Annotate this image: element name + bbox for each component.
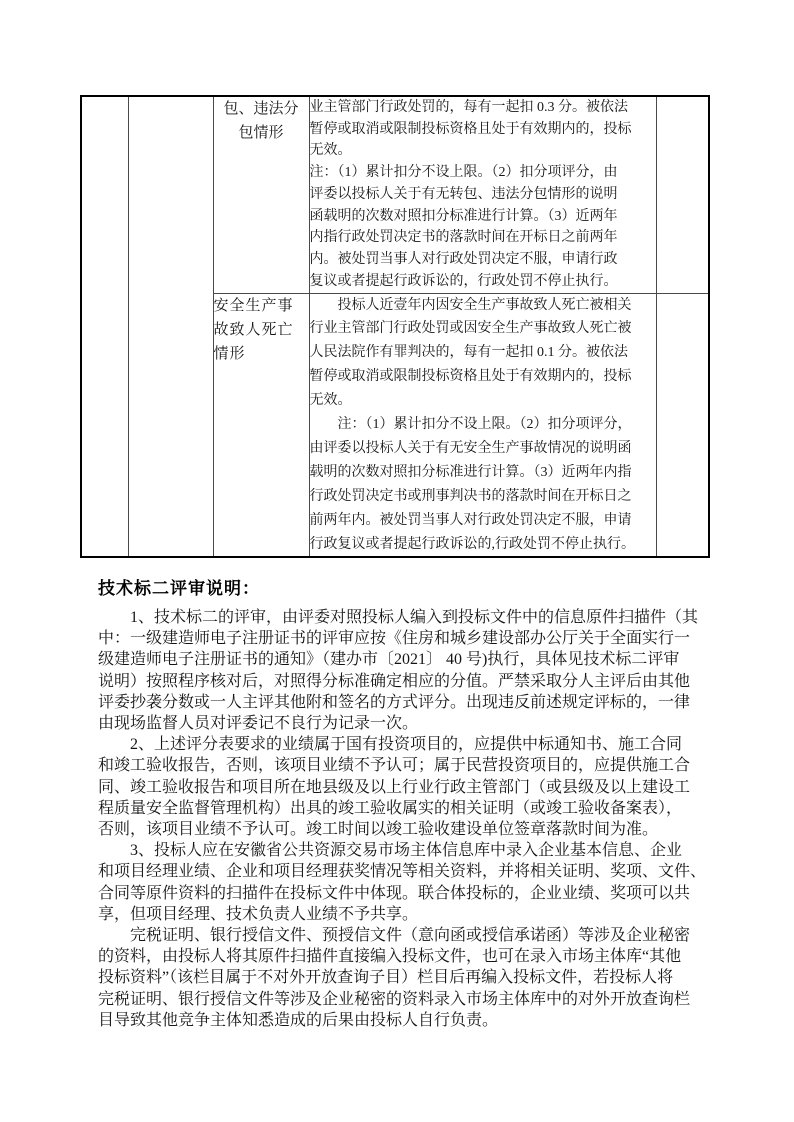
document-page: 包、违法分包情形 业主管部门行政处罚的，每有一起扣 0.3 分。被依法暂停或取消… bbox=[0, 0, 794, 1122]
criteria-label-lines: 包、违法分包情形 bbox=[214, 97, 309, 145]
text-line: 享，但项目经理、技术负责人业绩不予共享。 bbox=[98, 904, 704, 925]
score-cell bbox=[656, 293, 709, 557]
text-line: 暂停或取消或限制投标资格且处于有效期内的，投标 bbox=[310, 365, 656, 389]
serial-number-cell bbox=[81, 96, 128, 557]
text-line: 3、投标人应在安徽省公共资源交易市场主体信息库中录入企业基本信息、企业 bbox=[98, 840, 704, 861]
text-line: 由评委以投标人关于有无安全生产事故情况的说明函 bbox=[310, 437, 656, 461]
text-line: 目导致其他竞争主体知悉造成的后果由投标人自行负责。 bbox=[98, 1010, 704, 1031]
notes-section: 技术标二评审说明： 1、技术标二的评审，由评委对照投标人编入到投标文件中的信息原… bbox=[98, 577, 704, 1031]
text-line: 载明的次数对照扣分标准进行计算。（3）近两年内指 bbox=[310, 461, 656, 485]
text-line: 投标人近壹年内因安全生产事故致人死亡被相关 bbox=[310, 294, 656, 318]
evaluation-table: 包、违法分包情形 业主管部门行政处罚的，每有一起扣 0.3 分。被依法暂停或取消… bbox=[80, 95, 710, 558]
text-line: 包、违法分 bbox=[214, 97, 309, 121]
text-line: 安全生产事 bbox=[214, 294, 309, 318]
text-line: 行业主管部门行政处罚或因安全生产事故致人死亡被 bbox=[310, 317, 656, 341]
text-line: 的资料，由投标人将其原件扫描件直接编入投标文件，也可在录入市场主体库“其他 bbox=[98, 946, 704, 967]
note-paragraph-4: 完税证明、银行授信文件、预授信文件（意向函或授信承诺函）等涉及企业秘密的资料，由… bbox=[98, 925, 704, 1031]
category-cell bbox=[128, 96, 213, 557]
text-line: 行政复议或者提起行政诉讼的,行政处罚不停止执行。 bbox=[310, 533, 656, 557]
text-line: 无效。 bbox=[310, 389, 656, 413]
text-line: 复议或者提起行政诉讼的，行政处罚不停止执行。 bbox=[310, 271, 656, 293]
text-line: 前两年内。被处罚当事人对行政处罚决定不服，申请 bbox=[310, 509, 656, 533]
note-paragraph-1: 1、技术标二的评审，由评委对照投标人编入到投标文件中的信息原件扫描件（其中：一级… bbox=[98, 607, 704, 734]
text-line: 人民法院作有罪判决的，每有一起扣 0.1 分。被依法 bbox=[310, 341, 656, 365]
text-line: 评委抄袭分数或一人主评其他附和签名的方式评分。出现违反前述规定评标的，一律 bbox=[98, 692, 704, 713]
note-paragraph-2: 2、上述评分表要求的业绩属于国有投资项目的，应提供中标通知书、施工合同和竣工验收… bbox=[98, 734, 704, 840]
text-line: 级建造师电子注册证书的通知》（建办市〔2021〕 40 号)执行，具体见技术标二… bbox=[98, 649, 704, 670]
text-line: 无效。 bbox=[310, 140, 656, 162]
text-line: 投标资料”（该栏目属于不对外开放查询子目）栏目后再编入投标文件，若投标人将 bbox=[98, 967, 704, 988]
text-line: 程质量安全监督管理机构）出具的竣工验收属实的相关证明（或竣工验收备案表）， bbox=[98, 798, 704, 819]
text-line: 内指行政处罚决定书的落款时间在开标日之前两年 bbox=[310, 227, 656, 249]
text-line: 故致人死亡 bbox=[214, 318, 309, 342]
criteria-content-lines: 投标人近壹年内因安全生产事故致人死亡被相关行业主管部门行政处罚或因安全生产事故致… bbox=[310, 294, 656, 557]
text-line: 合同等原件资料的扫描件在投标文件中体现。联合体投标的，企业业绩、奖项可以共 bbox=[98, 883, 704, 904]
text-line: 内。被处罚当事人对行政处罚决定不服，申请行政 bbox=[310, 249, 656, 271]
text-line: 业主管部门行政处罚的，每有一起扣 0.3 分。被依法 bbox=[310, 97, 656, 119]
text-line: 完税证明、银行授信文件等涉及企业秘密的资料录入市场主体库中的对外开放查询栏 bbox=[98, 989, 704, 1010]
text-line: 说明）按照程序核对后，对照得分标准确定相应的分值。严禁采取分人主评后由其他 bbox=[98, 671, 704, 692]
criteria-content-cell-safety: 投标人近壹年内因安全生产事故致人死亡被相关行业主管部门行政处罚或因安全生产事故致… bbox=[309, 293, 656, 557]
text-line: 1、技术标二的评审，由评委对照投标人编入到投标文件中的信息原件扫描件（其 bbox=[98, 607, 704, 628]
text-line: 注：（1）累计扣分不设上限。（2）扣分项评分， bbox=[310, 413, 656, 437]
criteria-content-lines: 业主管部门行政处罚的，每有一起扣 0.3 分。被依法暂停或取消或限制投标资格且处… bbox=[310, 97, 656, 292]
text-line: 2、上述评分表要求的业绩属于国有投资项目的，应提供中标通知书、施工合同 bbox=[98, 734, 704, 755]
text-line: 函载明的次数对照扣分标准进行计算。（3）近两年 bbox=[310, 206, 656, 228]
text-line: 评委以投标人关于有无转包、违法分包情形的说明 bbox=[310, 184, 656, 206]
criteria-label-cell-subcontracting: 包、违法分包情形 bbox=[213, 96, 309, 293]
text-line: 情形 bbox=[214, 342, 309, 366]
text-line: 否则，该项目业绩不予认可。竣工时间以竣工验收建设单位签章落款时间为准。 bbox=[98, 819, 704, 840]
text-line: 完税证明、银行授信文件、预授信文件（意向函或授信承诺函）等涉及企业秘密 bbox=[98, 925, 704, 946]
criteria-label-cell-safety: 安全生产事故致人死亡情形 bbox=[213, 293, 309, 557]
text-line: 同、竣工验收报告和项目所在地县级及以上行业行政主管部门（或县级及以上建设工 bbox=[98, 777, 704, 798]
note-paragraph-3: 3、投标人应在安徽省公共资源交易市场主体信息库中录入企业基本信息、企业和项目经理… bbox=[98, 840, 704, 925]
text-line: 由现场监督人员对评委记不良行为记录一次。 bbox=[98, 713, 704, 734]
criteria-label-lines: 安全生产事故致人死亡情形 bbox=[214, 294, 309, 366]
text-line: 暂停或取消或限制投标资格且处于有效期内的，投标 bbox=[310, 119, 656, 141]
text-line: 包情形 bbox=[214, 121, 309, 145]
notes-heading: 技术标二评审说明： bbox=[98, 577, 704, 600]
text-line: 中：一级建造师电子注册证书的评审应按《住房和城乡建设部办公厅关于全面实行一 bbox=[98, 628, 704, 649]
text-line: 注：（1）累计扣分不设上限。（2）扣分项评分，由 bbox=[310, 162, 656, 184]
text-line: 行政处罚决定书或刑事判决书的落款时间在开标日之 bbox=[310, 485, 656, 509]
criteria-content-cell-subcontracting: 业主管部门行政处罚的，每有一起扣 0.3 分。被依法暂停或取消或限制投标资格且处… bbox=[309, 96, 656, 293]
score-cell bbox=[656, 96, 709, 293]
table-row-subcontracting: 包、违法分包情形 业主管部门行政处罚的，每有一起扣 0.3 分。被依法暂停或取消… bbox=[81, 96, 709, 293]
text-line: 和项目经理业绩、企业和项目经理获奖情况等相关资料，并将相关证明、奖项、文件、 bbox=[98, 861, 704, 882]
text-line: 和竣工验收报告，否则，该项目业绩不予认可；属于民营投资项目的，应提供施工合 bbox=[98, 755, 704, 776]
